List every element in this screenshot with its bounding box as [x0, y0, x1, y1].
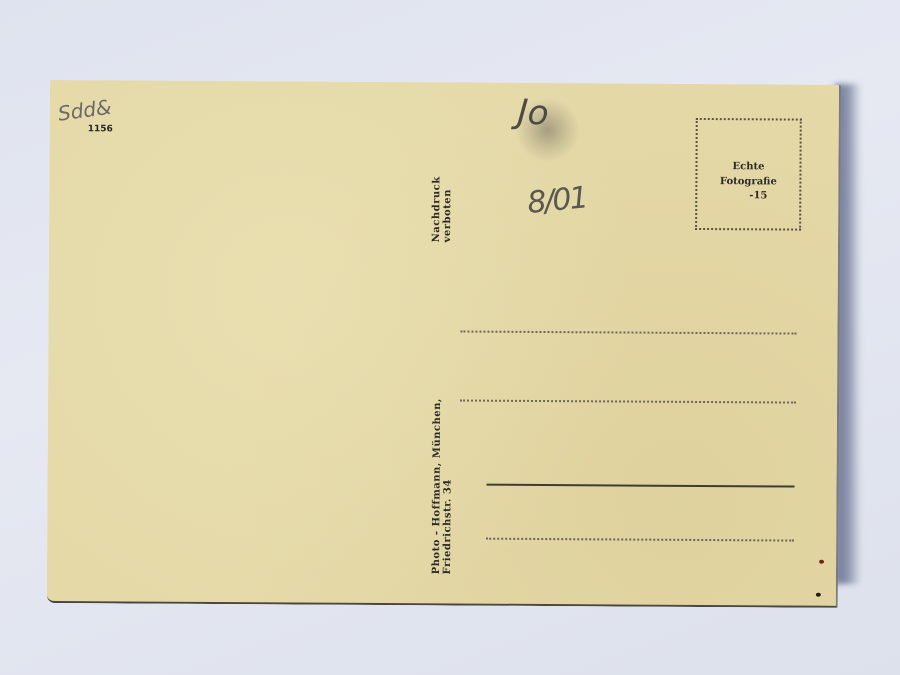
- postcard-back: Sdd& 1156 Jo 8/01 Nachdruck verboten Pho…: [47, 80, 841, 608]
- address-line-2: [460, 400, 796, 404]
- address-line-3: [487, 484, 795, 488]
- stain-spot: [816, 593, 821, 597]
- stamp-box-line1: Echte: [732, 159, 764, 174]
- stain-spot: [819, 560, 824, 564]
- address-line-1: [460, 331, 796, 335]
- reprint-notice: Nachdruck verboten: [431, 132, 454, 242]
- address-line-4: [486, 538, 794, 542]
- stamp-box: Echte Fotografie -15: [695, 118, 802, 231]
- stamp-pencil-mark: -15: [749, 188, 767, 203]
- stamp-box-line2: Fotografie: [720, 174, 777, 189]
- pencil-signature: Sdd&: [56, 95, 112, 126]
- publisher-imprint: Photo - Hoffmann, München, Friedrichstr.…: [431, 330, 454, 574]
- inventory-number: 1156: [88, 124, 113, 134]
- pencil-note-top: Jo: [516, 92, 550, 134]
- pencil-price: 8/01: [526, 180, 589, 221]
